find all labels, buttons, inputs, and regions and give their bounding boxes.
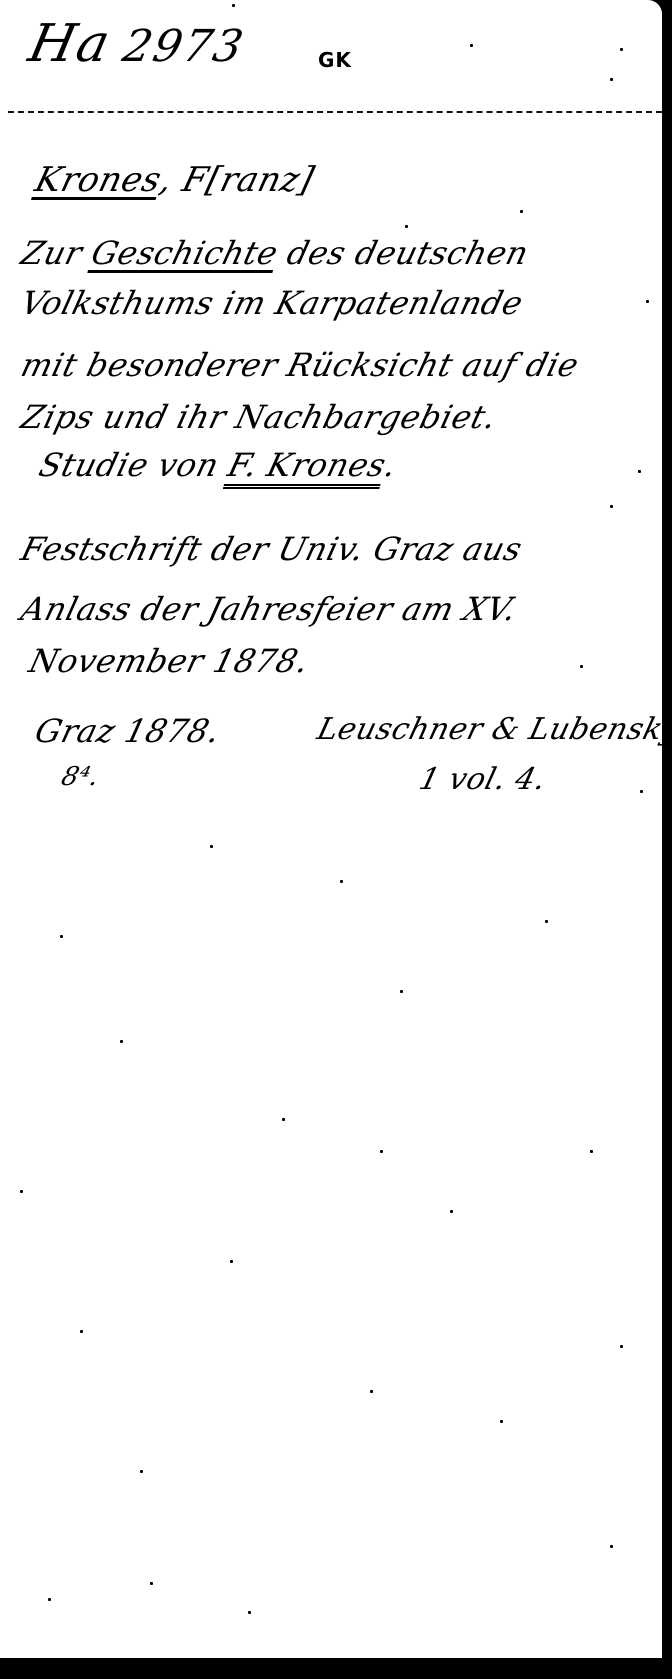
title-text: Zur	[17, 234, 97, 272]
note-line-2: Anlass der Jahresfeier am XV.	[17, 590, 521, 628]
header-separator	[8, 111, 662, 113]
title-line-1: Zur Geschichte des deutschen	[17, 234, 532, 272]
author-name-double-underlined: F. Krones	[224, 446, 390, 484]
imprint-place-year: Graz 1878.	[31, 712, 224, 750]
author-given-name: F[ranz]	[178, 160, 318, 200]
stamp-gk: GK	[318, 48, 352, 72]
note-line-1: Festschrift der Univ. Graz aus	[17, 530, 526, 568]
title-line-4: Zips und ihr Nachbargebiet.	[17, 398, 500, 436]
note-line-3: November 1878.	[25, 642, 313, 680]
shelfmark-number: 2973	[118, 21, 249, 72]
catalog-card: Ha2973 GK Krones, F[ranz] Zur Geschichte…	[0, 0, 662, 1658]
author-heading: Krones, F[ranz]	[31, 160, 318, 200]
shelfmark: Ha2973	[24, 14, 251, 74]
statement-of-responsibility: Studie von F. Krones.	[35, 446, 400, 484]
imprint-publisher: Leuschner & Lubensky	[314, 712, 662, 747]
title-line-2: Volksthums im Karpatenlande	[17, 284, 527, 322]
author-surname: Krones	[31, 160, 166, 200]
title-text: Studie von	[35, 446, 233, 484]
title-text: des deutschen	[273, 234, 533, 272]
imprint-volumes: 1 vol. 4.	[416, 762, 550, 797]
shelfmark-prefix: Ha	[24, 14, 117, 74]
imprint-format: 8⁴.	[58, 762, 102, 792]
title-line-3: mit besonderer Rücksicht auf die	[17, 346, 583, 384]
title-keyword-underlined: Geschichte	[88, 234, 282, 272]
